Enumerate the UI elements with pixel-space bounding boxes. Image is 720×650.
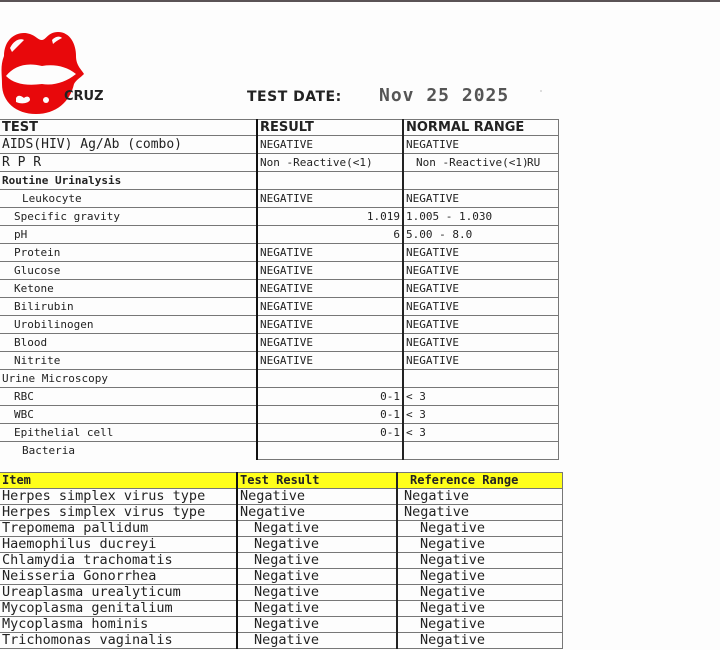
test-result: NEGATIVE <box>257 352 403 370</box>
table-header-row: TEST RESULT NORMAL RANGE <box>0 120 559 136</box>
test-result: Negative <box>237 521 397 537</box>
table-row: Trepomema pallidum Negative Negative <box>0 521 563 537</box>
item-name: Chlamydia trachomatis <box>0 553 237 569</box>
table-row: Bilirubin NEGATIVE NEGATIVE <box>0 298 559 316</box>
table-row: Glucose NEGATIVE NEGATIVE <box>0 262 559 280</box>
section-title: Routine Urinalysis <box>0 172 257 190</box>
test-result: Negative <box>237 601 397 617</box>
test-result: Negative <box>237 585 397 601</box>
table-row: Mycoplasma hominis Negative Negative <box>0 617 563 633</box>
column-header-test: TEST <box>0 120 257 136</box>
reference-range: Negative <box>397 553 563 569</box>
test-name: Specific gravity <box>0 208 257 226</box>
item-name: Trepomema pallidum <box>0 521 237 537</box>
normal-range <box>403 370 559 388</box>
test-result: Negative <box>237 553 397 569</box>
table-row: Haemophilus ducreyi Negative Negative <box>0 537 563 553</box>
table-row: Urobilinogen NEGATIVE NEGATIVE <box>0 316 559 334</box>
test-result: Negative <box>237 633 397 649</box>
column-header-reference-range: Reference Range <box>397 473 563 489</box>
table-row: Protein NEGATIVE NEGATIVE <box>0 244 559 262</box>
patient-name: CRUZ <box>64 89 104 104</box>
normal-range: NEGATIVE <box>403 352 559 370</box>
section-row: Routine Urinalysis <box>0 172 559 190</box>
test-result: NEGATIVE <box>257 280 403 298</box>
reference-range: Negative <box>397 537 563 553</box>
test-result: Negative <box>237 617 397 633</box>
speck <box>540 90 542 92</box>
test-name: Protein <box>0 244 257 262</box>
item-name: Trichomonas vaginalis <box>0 633 237 649</box>
test-name: Bilirubin <box>0 298 257 316</box>
test-result: NEGATIVE <box>257 298 403 316</box>
test-name: Blood <box>0 334 257 352</box>
test-date-label: TEST DATE: <box>247 89 342 105</box>
section-title: Urine Microscopy <box>0 370 257 388</box>
test-result: NEGATIVE <box>257 244 403 262</box>
normal-range: < 3 <box>403 406 559 424</box>
reference-range: Negative <box>397 521 563 537</box>
item-name: Herpes simplex virus type <box>0 505 237 521</box>
test-result: NEGATIVE <box>257 262 403 280</box>
table-header-row: Item Test Result Reference Range <box>0 473 563 489</box>
table-row: Chlamydia trachomatis Negative Negative <box>0 553 563 569</box>
reference-range: Negative <box>397 585 563 601</box>
test-result: NEGATIVE <box>257 136 403 154</box>
table-row: Herpes simplex virus type Negative Negat… <box>0 505 563 521</box>
reference-range: Negative <box>397 505 563 521</box>
column-header-item: Item <box>0 473 237 489</box>
test-result <box>257 442 403 460</box>
test-name: Bacteria <box>0 442 257 460</box>
item-name: Haemophilus ducreyi <box>0 537 237 553</box>
normal-range: NEGATIVE <box>403 136 559 154</box>
table-row: pH 6 5.00 - 8.0 <box>0 226 559 244</box>
normal-range: NEGATIVE <box>403 244 559 262</box>
test-result: NEGATIVE <box>257 334 403 352</box>
table-row: Herpes simplex virus type Negative Negat… <box>0 489 563 505</box>
table-row: Bacteria <box>0 442 559 460</box>
test-result <box>257 370 403 388</box>
reference-range: Negative <box>397 633 563 649</box>
table-row: Ketone NEGATIVE NEGATIVE <box>0 280 559 298</box>
normal-range: 5.00 - 8.0 <box>403 226 559 244</box>
test-name: AIDS(HIV) Ag/Ab (combo) <box>0 136 257 154</box>
table-row: Epithelial cell 0-1 < 3 <box>0 424 559 442</box>
table-row: Blood NEGATIVE NEGATIVE <box>0 334 559 352</box>
table-row: Ureaplasma urealyticum Negative Negative <box>0 585 563 601</box>
table-row: Neisseria Gonorrhea Negative Negative <box>0 569 563 585</box>
test-result: NEGATIVE <box>257 316 403 334</box>
test-result: 0-1 <box>257 406 403 424</box>
test-date-value: Nov 25 2025 <box>379 85 509 106</box>
table-row: Mycoplasma genitalium Negative Negative <box>0 601 563 617</box>
column-header-normal-range: NORMAL RANGE <box>403 120 559 136</box>
normal-range: NEGATIVE <box>403 298 559 316</box>
test-result: 6 <box>257 226 403 244</box>
test-result: 0-1 <box>257 424 403 442</box>
normal-range: NEGATIVE <box>403 262 559 280</box>
normal-range: NEGATIVE <box>403 190 559 208</box>
normal-range: < 3 <box>403 424 559 442</box>
test-result: Negative <box>237 505 397 521</box>
table-row: Trichomonas vaginalis Negative Negative <box>0 633 563 649</box>
normal-range <box>403 442 559 460</box>
rpr-unit: RU <box>527 156 540 169</box>
reference-range: Negative <box>397 601 563 617</box>
table-row: Specific gravity 1.019 1.005 - 1.030 <box>0 208 559 226</box>
item-name: Mycoplasma hominis <box>0 617 237 633</box>
test-result: Negative <box>237 569 397 585</box>
item-name: Ureaplasma urealyticum <box>0 585 237 601</box>
test-name: R P R <box>0 154 257 172</box>
reference-range: Negative <box>397 617 563 633</box>
column-header-result: RESULT <box>257 120 403 136</box>
test-result: 0-1 <box>257 388 403 406</box>
reference-range: Negative <box>397 489 563 505</box>
normal-range <box>403 172 559 190</box>
test-result: NEGATIVE <box>257 190 403 208</box>
normal-range: < 3 <box>403 388 559 406</box>
test-name: Glucose <box>0 262 257 280</box>
table-row: RBC 0-1 < 3 <box>0 388 559 406</box>
item-name: Mycoplasma genitalium <box>0 601 237 617</box>
test-result: Negative <box>237 537 397 553</box>
table-row: Leukocyte NEGATIVE NEGATIVE <box>0 190 559 208</box>
test-name: WBC <box>0 406 257 424</box>
test-name: Ketone <box>0 280 257 298</box>
section-row: Urine Microscopy <box>0 370 559 388</box>
normal-range: NEGATIVE <box>403 280 559 298</box>
test-name: Urobilinogen <box>0 316 257 334</box>
table-row: AIDS(HIV) Ag/Ab (combo) NEGATIVE NEGATIV… <box>0 136 559 154</box>
test-name: Epithelial cell <box>0 424 257 442</box>
urinalysis-table: TEST RESULT NORMAL RANGE AIDS(HIV) Ag/Ab… <box>0 119 559 460</box>
reference-range: Negative <box>397 569 563 585</box>
test-result: Non -Reactive(<1) <box>257 154 403 172</box>
normal-range: 1.005 - 1.030 <box>403 208 559 226</box>
item-name: Neisseria Gonorrhea <box>0 569 237 585</box>
test-name: Leukocyte <box>0 190 257 208</box>
normal-range: NEGATIVE <box>403 334 559 352</box>
top-border <box>0 0 720 2</box>
test-result: Negative <box>237 489 397 505</box>
test-result: 1.019 <box>257 208 403 226</box>
normal-range: NEGATIVE <box>403 316 559 334</box>
test-name: RBC <box>0 388 257 406</box>
test-name: Nitrite <box>0 352 257 370</box>
item-name: Herpes simplex virus type <box>0 489 237 505</box>
test-name: pH <box>0 226 257 244</box>
table-row: Nitrite NEGATIVE NEGATIVE <box>0 352 559 370</box>
test-result <box>257 172 403 190</box>
table-row: R P R Non -Reactive(<1) Non -Reactive(<1… <box>0 154 559 172</box>
sti-table: Item Test Result Reference Range Herpes … <box>0 472 563 649</box>
column-header-test-result: Test Result <box>237 473 397 489</box>
table-row: WBC 0-1 < 3 <box>0 406 559 424</box>
